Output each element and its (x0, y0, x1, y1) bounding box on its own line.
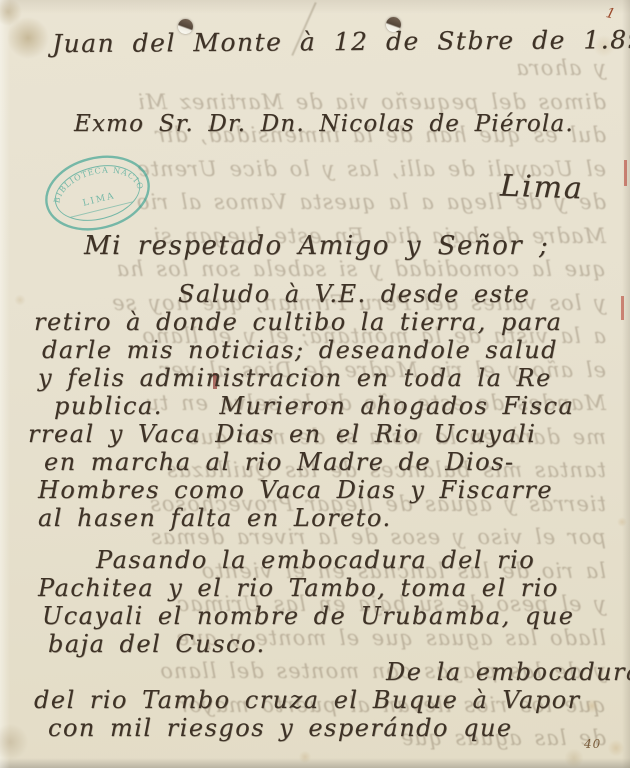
letter-line: darle mis noticias; deseandole salud (28, 336, 626, 364)
letter-line: Hombres como Vaca Dias y Fiscarre (28, 476, 626, 504)
letter-body: Saludo à V.E. desde este retiro à donde … (28, 280, 626, 742)
punch-hole (386, 17, 401, 32)
letter-line: Saludo à V.E. desde este (28, 280, 626, 308)
letter-line: retiro à donde cultibo la tierra, para (28, 308, 626, 336)
letter-recipient: Exmo Sr. Dr. Dn. Nicolas de Piérola. (74, 111, 574, 137)
letter-line: con mil riesgos y esperándo que (28, 714, 626, 742)
letter-dateline: Juan del Monte à 12 de Stbre de 1.897. (52, 25, 630, 58)
letter-line: Pachitea y el rio Tambo, toma el rio (28, 574, 626, 602)
stamp-inner-text: LIMA (82, 191, 117, 209)
letter-line: al hasen falta en Loreto. (28, 504, 626, 532)
letter-line: Ucayali el nombre de Urubamba, que (28, 602, 626, 630)
letter-line: Pasando la embocadura del rio (28, 546, 626, 574)
letter-line: y felis administracion en toda la Re (28, 364, 626, 392)
letter-page: y ahoradimos del pequeño via de Martinez… (0, 0, 630, 768)
letter-place: Lima (499, 169, 584, 207)
red-edge-mark (624, 160, 627, 186)
letter-line: en marcha al rio Madre de Dios- (28, 448, 626, 476)
letter-line: del rio Tambo cruza el Buque à Vapor (28, 686, 626, 714)
letter-line: rreal y Vaca Dias en el Rio Ucuyali (28, 420, 626, 448)
page-number-bottom: 40 (584, 737, 601, 751)
letter-salutation: Mi respetado Amigo y Señor ; (84, 231, 549, 261)
letter-line: baja del Cusco. (28, 630, 626, 658)
punch-hole (178, 19, 193, 34)
letter-line: De la embocadura (28, 658, 626, 686)
letter-line: publica. Murieron ahogados Fisca (28, 392, 626, 420)
